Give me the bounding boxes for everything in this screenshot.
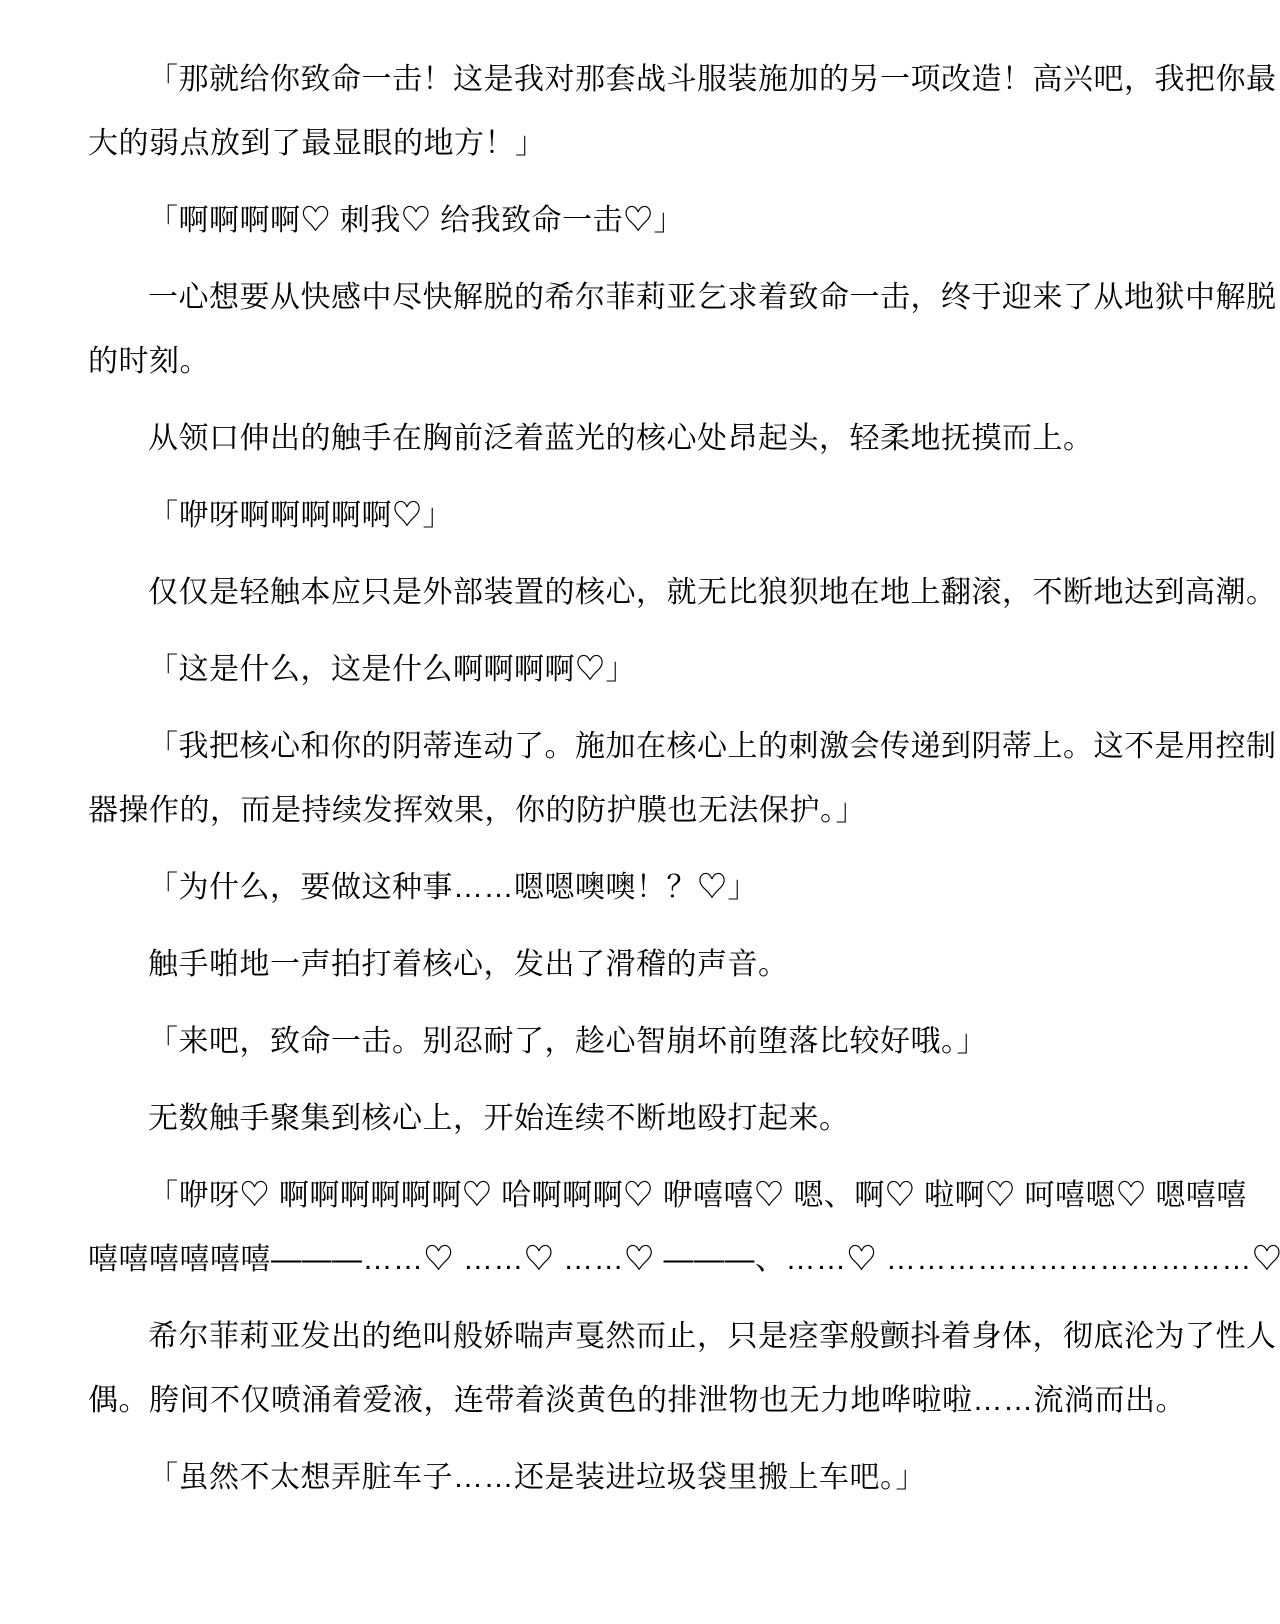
text-line: 无数触手聚集到核心上，开始连续不断地殴打起来。 — [88, 1087, 1172, 1151]
text-line: 「那就给你致命一击！这是我对那套战斗服装施加的另一项改造！高兴吧，我把你最 — [88, 48, 1172, 112]
paragraph: 「咿呀啊啊啊啊啊♡」 — [88, 484, 1172, 548]
text-line: 「我把核心和你的阴蒂连动了。施加在核心上的刺激会传递到阴蒂上。这不是用控制 — [88, 715, 1172, 779]
text-line: 触手啪地一声拍打着核心，发出了滑稽的声音。 — [88, 933, 1172, 997]
text-line: 从领口伸出的触手在胸前泛着蓝光的核心处昂起头，轻柔地抚摸而上。 — [88, 407, 1172, 471]
text-line: 的时刻。 — [88, 330, 1172, 394]
paragraph: 「咿呀♡ 啊啊啊啊啊啊♡ 哈啊啊啊♡ 咿嘻嘻♡ 嗯、啊♡ 啦啊♡ 呵嘻嗯♡ 嗯嘻… — [88, 1164, 1172, 1292]
paragraph: 「为什么，要做这种事……嗯嗯噢噢！？♡」 — [88, 856, 1172, 920]
paragraph: 无数触手聚集到核心上，开始连续不断地殴打起来。 — [88, 1087, 1172, 1151]
text-line: 嘻嘻嘻嘻嘻嘻———……♡ ……♡ ……♡ ———、……♡ ……………………………… — [88, 1228, 1172, 1292]
novel-page: 「那就给你致命一击！这是我对那套战斗服装施加的另一项改造！高兴吧，我把你最 大的… — [0, 0, 1280, 1624]
text-line: 仅仅是轻触本应只是外部装置的核心，就无比狼狈地在地上翻滚，不断地达到高潮。 — [88, 561, 1172, 625]
text-line: 「这是什么，这是什么啊啊啊啊♡」 — [88, 638, 1172, 702]
paragraph: 「我把核心和你的阴蒂连动了。施加在核心上的刺激会传递到阴蒂上。这不是用控制 器操… — [88, 715, 1172, 843]
paragraph: 一心想要从快感中尽快解脱的希尔菲莉亚乞求着致命一击，终于迎来了从地狱中解脱 的时… — [88, 266, 1172, 394]
paragraph: 「这是什么，这是什么啊啊啊啊♡」 — [88, 638, 1172, 702]
paragraph: 「来吧，致命一击。别忍耐了，趁心智崩坏前堕落比较好哦。」 — [88, 1010, 1172, 1074]
text-line: 「啊啊啊啊♡ 刺我♡ 给我致命一击♡」 — [88, 189, 1172, 253]
text-line: 「虽然不太想弄脏车子……还是装进垃圾袋里搬上车吧。」 — [88, 1446, 1172, 1510]
text-line: 希尔菲莉亚发出的绝叫般娇喘声戛然而止，只是痉挛般颤抖着身体，彻底沦为了性人 — [88, 1305, 1172, 1369]
text-line: 一心想要从快感中尽快解脱的希尔菲莉亚乞求着致命一击，终于迎来了从地狱中解脱 — [88, 266, 1172, 330]
paragraph: 「那就给你致命一击！这是我对那套战斗服装施加的另一项改造！高兴吧，我把你最 大的… — [88, 48, 1172, 176]
paragraph: 从领口伸出的触手在胸前泛着蓝光的核心处昂起头，轻柔地抚摸而上。 — [88, 407, 1172, 471]
paragraph: 「啊啊啊啊♡ 刺我♡ 给我致命一击♡」 — [88, 189, 1172, 253]
text-line: 「为什么，要做这种事……嗯嗯噢噢！？♡」 — [88, 856, 1172, 920]
text-line: 大的弱点放到了最显眼的地方！」 — [88, 112, 1172, 176]
text-line: 偶。胯间不仅喷涌着爱液，连带着淡黄色的排泄物也无力地哗啦啦……流淌而出。 — [88, 1369, 1172, 1433]
paragraph: 仅仅是轻触本应只是外部装置的核心，就无比狼狈地在地上翻滚，不断地达到高潮。 — [88, 561, 1172, 625]
paragraph: 触手啪地一声拍打着核心，发出了滑稽的声音。 — [88, 933, 1172, 997]
paragraph: 「虽然不太想弄脏车子……还是装进垃圾袋里搬上车吧。」 — [88, 1446, 1172, 1510]
text-line: 「来吧，致命一击。别忍耐了，趁心智崩坏前堕落比较好哦。」 — [88, 1010, 1172, 1074]
text-line: 「咿呀♡ 啊啊啊啊啊啊♡ 哈啊啊啊♡ 咿嘻嘻♡ 嗯、啊♡ 啦啊♡ 呵嘻嗯♡ 嗯嘻… — [88, 1164, 1172, 1228]
paragraph: 希尔菲莉亚发出的绝叫般娇喘声戛然而止，只是痉挛般颤抖着身体，彻底沦为了性人 偶。… — [88, 1305, 1172, 1433]
text-line: 器操作的，而是持续发挥效果，你的防护膜也无法保护。」 — [88, 779, 1172, 843]
text-line: 「咿呀啊啊啊啊啊♡」 — [88, 484, 1172, 548]
